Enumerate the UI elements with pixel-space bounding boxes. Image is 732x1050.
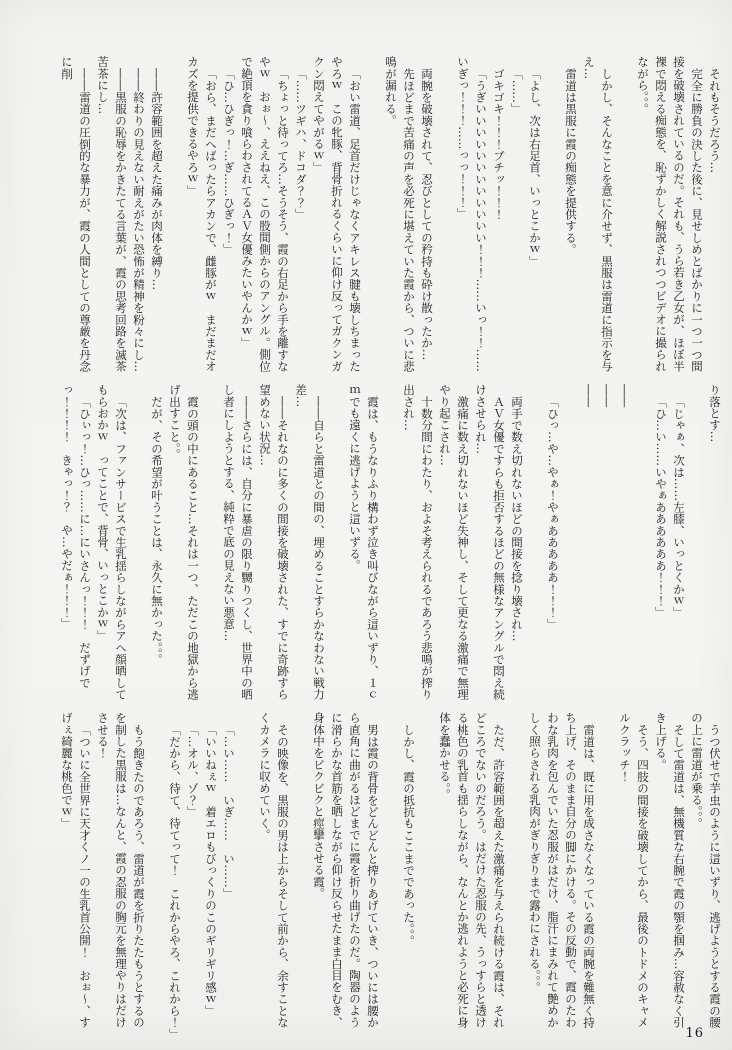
text-column: 「ついに全世界に天才くノ一の生乳首公開！ おぉ〜、すげぇ綺麗な桃色でｗ」 <box>58 712 94 1034</box>
text-column: うつ伏せで芋虫のように這いずり、逃げようとする霞の腰の上に雷道が乗る。。。 <box>688 712 724 1034</box>
text-column: 「ひ…い……いやぁああああああ！！！」 <box>652 384 670 706</box>
text-column: ――自らと雷道との間の、埋めることすらかなわない戦力差… <box>292 384 328 706</box>
text-column: 「よし、次は右足首、いっとこかｗ」 <box>526 56 544 378</box>
text-column: 「ひ…ひぎっ！…ぎ……ひぎっ！」 <box>220 56 238 378</box>
text-column: り落とす… <box>706 384 724 706</box>
text-column: 「…い…… いぎ…… い……」 <box>220 712 238 1034</box>
text-column: ――許容範囲を超えた痛みが肉体を縛り… <box>148 56 166 378</box>
text-column: ――黒服の恥辱をかきたてる言葉が、霞の思考回路を滅茶苦茶にし… <box>94 56 130 378</box>
text-column: ＡＶ女優ですらも拒否するほどの無様なアングルで悶え続けさせられ… <box>472 384 508 706</box>
text-column: 先ほどまで苦痛の声を必死に堪えていた霞から、ついに悲鳴が漏れる。 <box>382 56 418 378</box>
text-band-bottom: うつ伏せで芋虫のように這いずり、逃げようとする霞の腰の上に雷道が乗る。。。そして… <box>48 712 724 1034</box>
text-column: 「…オル、ゾ？」 <box>184 712 202 1034</box>
text-column: そして雷道は、無機質な右腕で霞の顎を掴み…容赦なく引き上げる。 <box>652 712 688 1034</box>
text-band-top: それもそうだろう…完全に勝負の決した後に、見せしめとばかりに一つ一つ間接を破壊さ… <box>48 56 724 378</box>
novel-page: それもそうだろう…完全に勝負の決した後に、見せしめとばかりに一つ一つ間接を破壊さ… <box>0 0 732 1050</box>
text-column: 雷道は、既に用を成さなくなっている霞の両腕を難無く持ち上げ、そのまま自分の脚にか… <box>526 712 598 1034</box>
text-column: もう飽きたのであろう、雷道が霞を折りたたもうとするのを制した黒服は…なんと、霞の… <box>94 712 148 1034</box>
text-column: 「ひぃっ！…ひっ……に…にいさんっ！！！ だずげでっ！！！！ きゃっ！？ や…や… <box>58 384 94 706</box>
text-column: 「じゃぁ、次は……左膝、いっとくかｗ」 <box>670 384 688 706</box>
text-column: 「ひっ…や…やぁ！やぁあああああ！！！」 <box>544 384 562 706</box>
text-column: ――それなのに多くの間接を破壊された、すでに奇跡すら望めない状況… <box>256 384 292 706</box>
text-column: 雷道は黒服に霞の痴態を提供する。 <box>562 56 580 378</box>
text-column: 激痛に数え切れないほど失神し、そして更なる激痛で無理やり起こされ… <box>436 384 472 706</box>
text-column: 両手で数え切れないほどの間接を捻り壊され… <box>508 384 526 706</box>
text-column: 十数分間にわたり、およそ考えられるであろう悲鳴が搾り出され… <box>400 384 436 706</box>
text-column: 男は霞の背骨をどんどんと搾りあげていき、ついには腰から直角に曲がるほどまでに霞を… <box>310 712 382 1034</box>
text-column: 「うぎいいいいいいいいいいいい！！！……いっ！！……いぎっ！！！……っっ！！！」 <box>454 56 490 378</box>
text-column: ――終わりの見えない耐えがたい恐怖が精神を粉々にし… <box>130 56 148 378</box>
text-column: 「いいねぇｗ 着エロもびっくりのこのギリギリ感ｗ」 <box>202 712 220 1034</box>
page-number: 16 <box>685 1026 704 1041</box>
text-column: 霞の頭の中にあること…それは一つ、ただこの地獄から逃げ出すこと。。 <box>166 384 202 706</box>
text-column: そう、四肢の間接を破壊してから、最後のトドメのキャメルクラッチ！ <box>616 712 652 1034</box>
text-column: 霞は、もうなりふり構わず泣き叫びながら這いずり、１ｃｍでも遠くに逃げようと這いず… <box>346 384 382 706</box>
text-column: 「……ツギハ、ドコダ？？」 <box>292 56 310 378</box>
text-column: その映像を、黒服の男は上からそして前から、余すことなくカメラに収めていく。 <box>256 712 292 1034</box>
text-column: 「おら、まだへばったらアカンで、雌豚がｗ まだまだオカズを提供できるやろｗ」 <box>184 56 220 378</box>
text-column: 「ちょっと待ってろ…そうそう、霞の右足から手を離すなやｗ おぉ〜、ええねえ、この… <box>238 56 292 378</box>
text-band-middle: り落とす…「じゃぁ、次は……左膝、いっとくかｗ」「ひ…い……いやぁああああああ！… <box>48 384 724 706</box>
text-column: 完全に勝負の決した後に、見せしめとばかりに一つ一つ間接を破壊されているのだ。それ… <box>634 56 706 378</box>
text-column: ――雷道の圧倒的な暴力が、霞の人間としての尊厳を丹念に削 <box>58 56 94 378</box>
text-column: 「……」 <box>508 56 526 378</box>
text-column: しかし、そんなことを意に介せず、黒服は雷道に指示を与え… <box>580 56 616 378</box>
text-column: ただ、許容範囲を超えた激痛を与えられ続ける霞は、それどころでないのだろう。はだけ… <box>436 712 508 1034</box>
text-column: だが、その希望が叶うことは、永久に無かった。。。 <box>148 384 166 706</box>
text-column: ――さらには、自分に暴虐の限り嬲りつくし、世界中の晒し者にしようとする、純粋で底… <box>220 384 256 706</box>
text-column: ―― <box>616 384 634 706</box>
text-column: 「だから、待て、待てって！ これからやろ、これから！」 <box>166 712 184 1034</box>
text-column: ―― <box>580 384 598 706</box>
text-column: 両腕を破壊されて、忍びとしての矜持も砕け散ったか… <box>418 56 436 378</box>
text-column: 「おい雷道、足首だけじゃなくアキレス腱も壊しちまったやろｗ この牝豚、背骨折れる… <box>310 56 364 378</box>
text-column: しかし、霞の抵抗もここまでであった。。。 <box>400 712 418 1034</box>
text-column: ゴキゴキ！！！ブチッ！！！ <box>490 56 508 378</box>
text-column: それもそうだろう… <box>706 56 724 378</box>
text-column: ―― <box>598 384 616 706</box>
text-column: 「次は、ファンサービスで生乳揺らしながらアヘ顔晒してもらおかｗ ってことで、背骨… <box>94 384 130 706</box>
